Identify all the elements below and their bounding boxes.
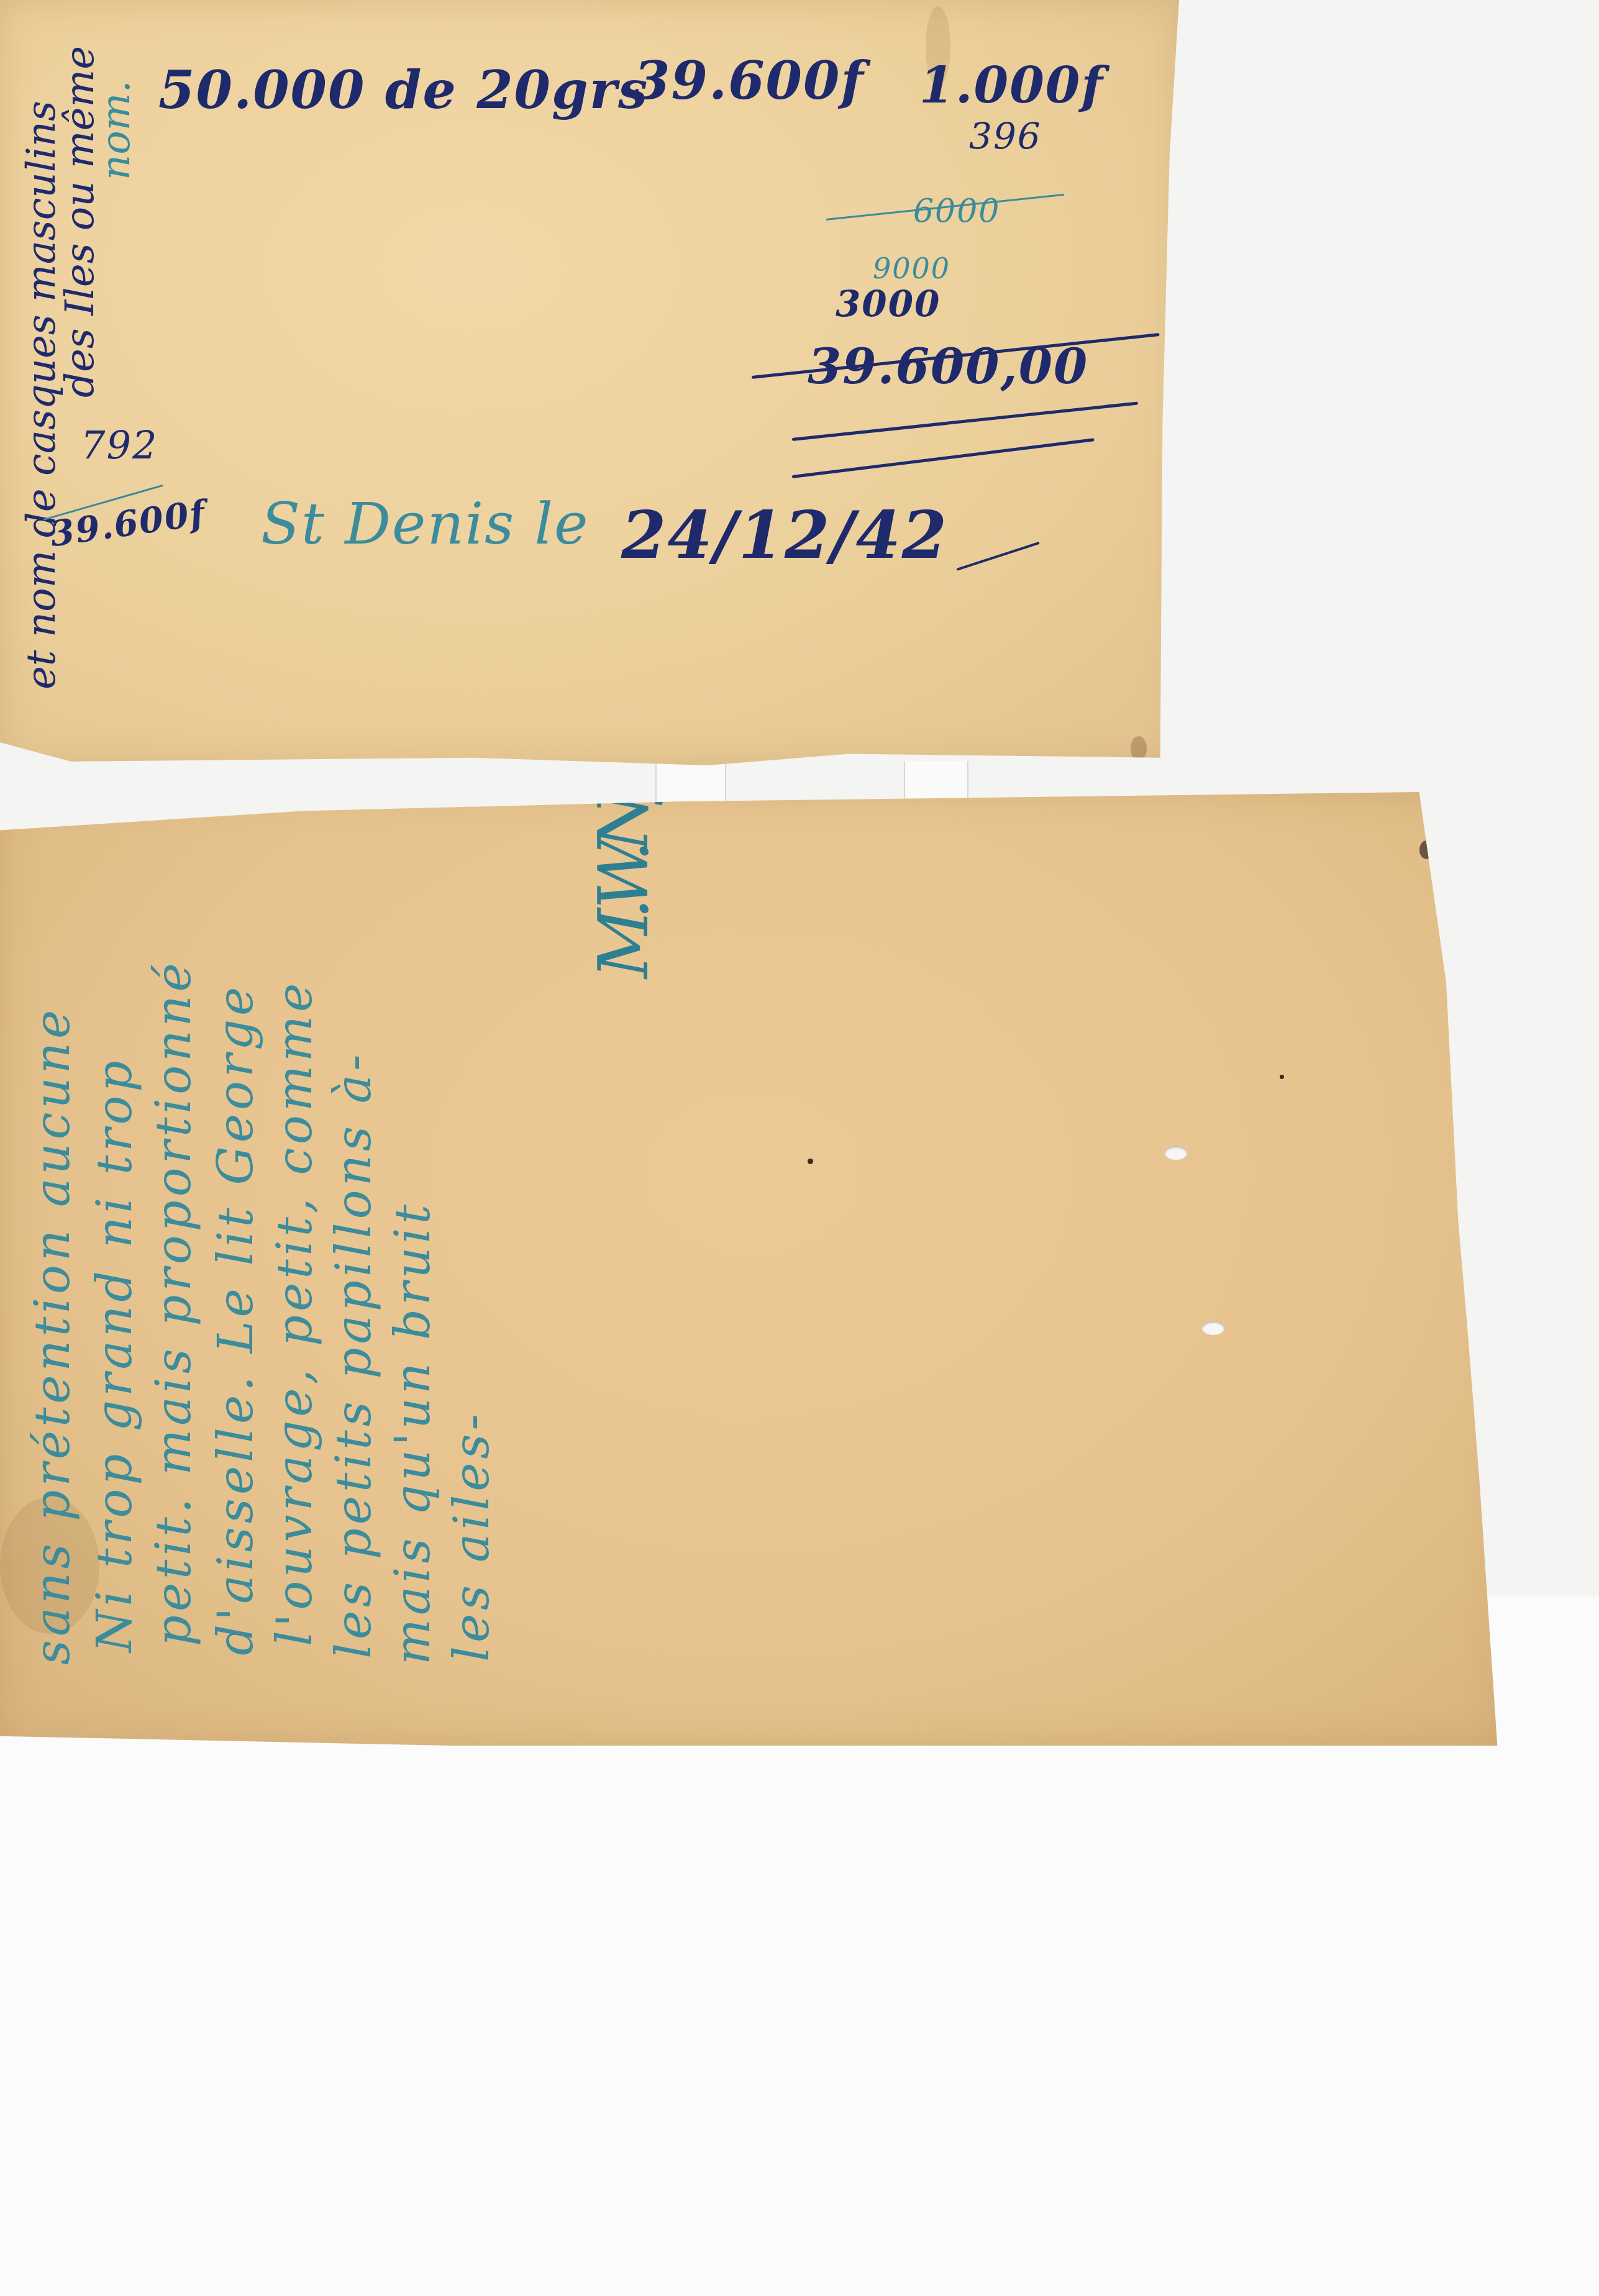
total-rule-double-1 (792, 401, 1138, 441)
total-rule-double-2 (792, 438, 1095, 478)
letter-line: Ni trop grand ni trop (87, 1057, 143, 1652)
paper-hole (1165, 1146, 1187, 1160)
letter-line: les petits papillons à- (326, 1050, 382, 1659)
receipt-sheet-top: 50.000 de 20grs 39.600f 1.000f 396 6000 … (0, 0, 1179, 765)
margin-note-line-3: nom. (93, 80, 139, 180)
side-calc-792: 792 (81, 422, 158, 468)
corner-tear-mark (1419, 840, 1433, 859)
calc-line-396: 396 (969, 115, 1042, 157)
quantity-text: 50.000 de 20grs (158, 59, 649, 121)
letter-line: d'aisselle. Le lit George (208, 983, 264, 1656)
ink-spot (808, 1159, 813, 1164)
letter-line: sans prétention aucune (25, 1006, 81, 1665)
calc-total: 39.600,00 (808, 339, 1088, 395)
letter-line: mais qu'un bruit (385, 1201, 441, 1665)
paper-stain (1131, 736, 1147, 761)
date-text: 24/12/42 (621, 497, 948, 573)
calc-line-3000: 3000 (836, 283, 941, 325)
letter-line: petit. mais proportionné (146, 959, 202, 1646)
calc-line-9000: 9000 (873, 252, 950, 285)
letter-sheet-bottom: sans prétention aucune Ni trop grand ni … (0, 792, 1503, 1746)
letter-line: les ailes- (444, 1410, 500, 1662)
ink-spot (1280, 1075, 1284, 1079)
initials-scribble: M.W.Ny (584, 775, 663, 978)
amount-text: 39.600f (634, 50, 865, 111)
paper-hole (1202, 1321, 1224, 1335)
date-flourish (956, 542, 1039, 571)
place-text: St Denis le (261, 491, 589, 557)
calc-line-6000: 6000 (913, 193, 1000, 230)
letter-line: l'ouvrage, petit, comme (267, 980, 323, 1646)
rate-text: 1.000f (919, 56, 1104, 114)
side-calc-total: 39.600f (48, 493, 209, 555)
